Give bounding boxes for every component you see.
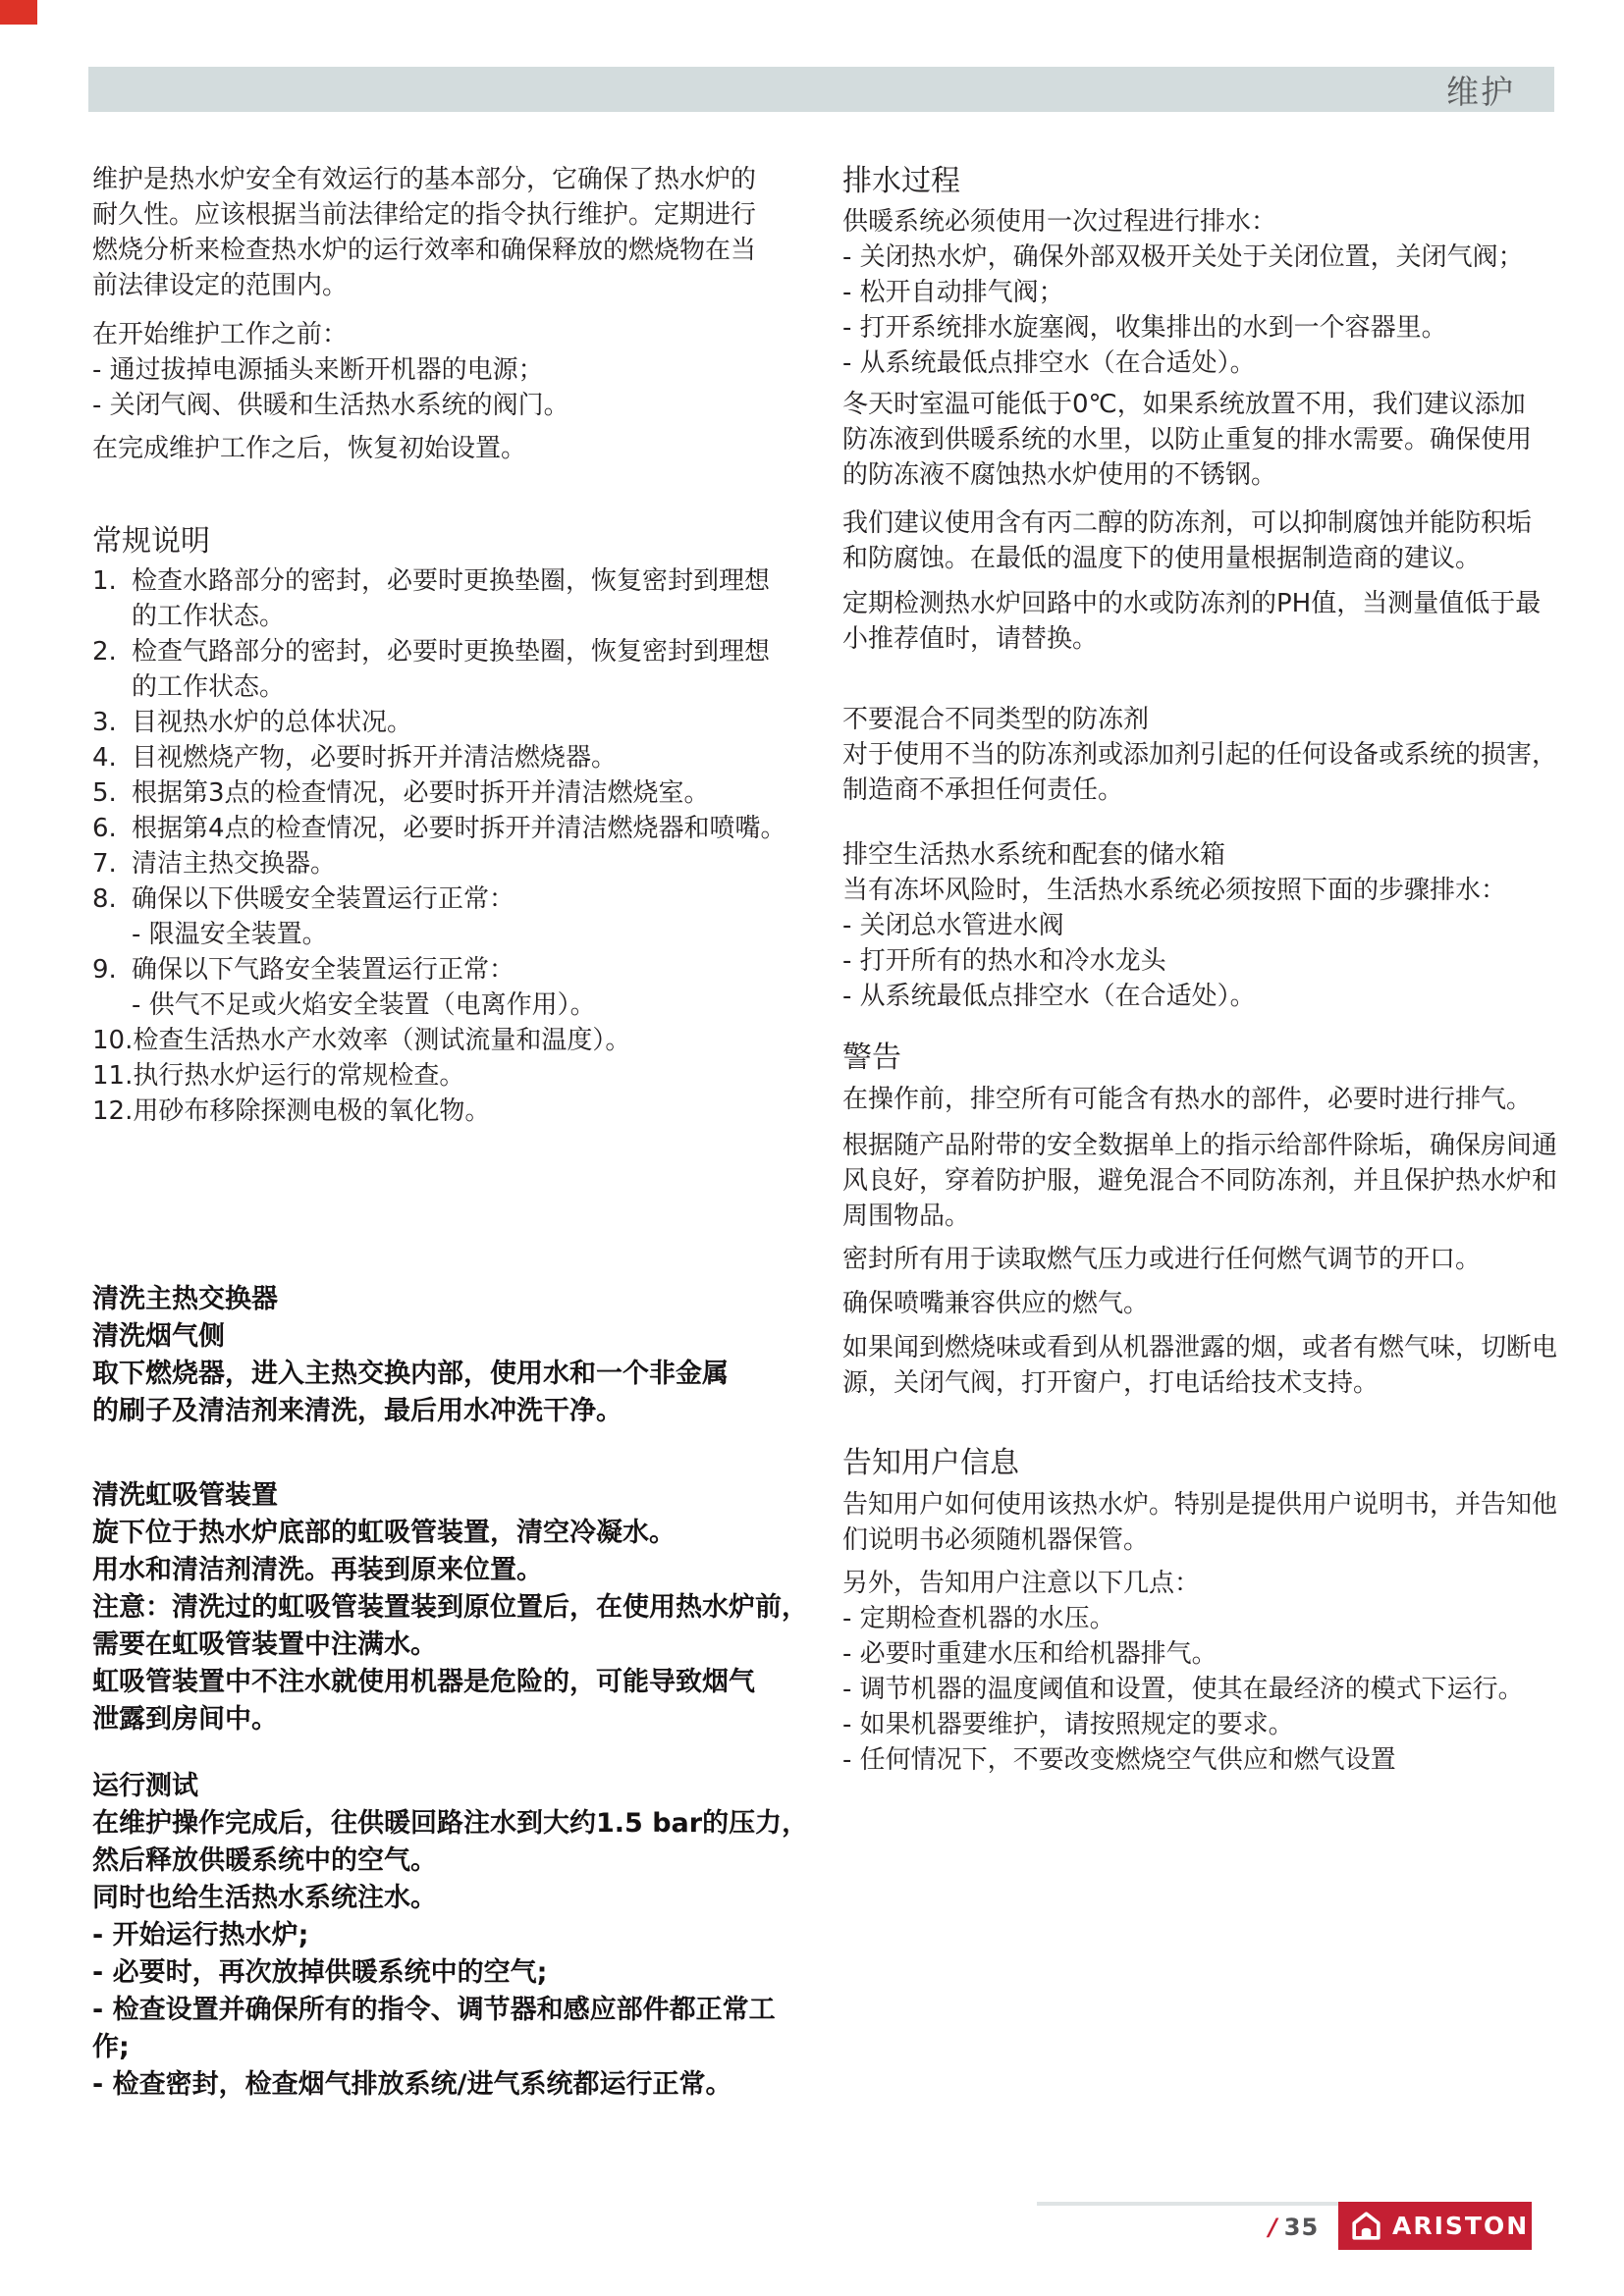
paragraph: 另外，告知用户注意以下几点： - 定期检查机器的水压。 - 必要时重建水压和给机… (842, 1566, 1608, 1778)
paragraph: 运行测试 在维护操作完成后，往供暖回路注水到大约1.5 bar的压力， 然后释放… (92, 1768, 858, 2104)
paragraph: 维护是热水炉安全有效运行的基本部分，它确保了热水炉的 耐久性。应该根据当前法律给… (92, 162, 858, 303)
list-item: 9.确保以下气路安全装置运行正常： - 供气不足或火焰安全装置（电离作用）。 (92, 952, 858, 1023)
list-item: 4.目视燃烧产物，必要时拆开并清洁燃烧器。 (92, 740, 858, 775)
list-item: 3.目视热水炉的总体状况。 (92, 705, 858, 740)
paragraph: 定期检测热水炉回路中的水或防冻剂的PH值，当测量值低于最 小推荐值时，请替换。 (842, 586, 1608, 657)
page-number: / 35 (1269, 2214, 1319, 2241)
header-bar: 维护 (88, 67, 1554, 112)
corner-mark (0, 0, 37, 25)
list-item-text: 目视热水炉的总体状况。 (132, 705, 858, 740)
paragraph: 我们建议使用含有丙二醇的防冻剂，可以抑制腐蚀并能防积垢 和防腐蚀。在最低的温度下… (842, 506, 1608, 576)
paragraph: 清洗虹吸管装置 旋下位于热水炉底部的虹吸管装置，清空冷凝水。 用水和清洁剂清洗。… (92, 1477, 858, 1738)
list-item: 1.检查水路部分的密封，必要时更换垫圈，恢复密封到理想 的工作状态。 (92, 563, 858, 634)
list-item-number: 9. (92, 952, 132, 988)
left-column: 维护是热水炉安全有效运行的基本部分，它确保了热水炉的 耐久性。应该根据当前法律给… (92, 162, 858, 2104)
house-icon (1351, 2211, 1381, 2241)
list-item-number: 11. (92, 1058, 133, 1094)
list-item-number: 7. (92, 846, 132, 881)
list-item: 11.执行热水炉运行的常规检查。 (92, 1058, 858, 1094)
paragraph: 告知用户如何使用该热水炉。特别是提供用户说明书，并告知他 们说明书必须随机器保管… (842, 1487, 1608, 1558)
list-item-text: 确保以下供暖安全装置运行正常： - 限温安全装置。 (132, 881, 858, 952)
list-item-text: 用砂布移除探测电极的氧化物。 (133, 1094, 858, 1129)
paragraph: 排空生活热水系统和配套的储水箱 当有冻坏风险时，生活热水系统必须按照下面的步骤排… (842, 837, 1608, 1014)
paragraph: 清洗主热交换器 清洗烟气侧 取下燃烧器，进入主热交换内部，使用水和一个非金属 的… (92, 1281, 858, 1430)
paragraph: 冬天时室温可能低于0℃，如果系统放置不用，我们建议添加 防冻液到供暖系统的水里，… (842, 387, 1608, 493)
section-heading: 排水过程 (842, 162, 1608, 201)
page-number-slash: / (1269, 2214, 1277, 2241)
list-item-text: 清洁主热交换器。 (132, 846, 858, 881)
ariston-logo: ARISTON (1338, 2202, 1532, 2250)
list-item-text: 目视燃烧产物，必要时拆开并清洁燃烧器。 (132, 740, 858, 775)
paragraph: 在开始维护工作之前： - 通过拔掉电源插头来断开机器的电源； - 关闭气阀、供暖… (92, 317, 858, 423)
list-item-number: 8. (92, 881, 132, 917)
list-item-text: 根据第3点的检查情况，必要时拆开并清洁燃烧室。 (132, 775, 858, 811)
list-item: 8.确保以下供暖安全装置运行正常： - 限温安全装置。 (92, 881, 858, 952)
numbered-list: 1.检查水路部分的密封，必要时更换垫圈，恢复密封到理想 的工作状态。2.检查气路… (92, 563, 858, 1129)
page-header-title: 维护 (1446, 67, 1554, 113)
document-page: 维护 维护是热水炉安全有效运行的基本部分，它确保了热水炉的 耐久性。应该根据当前… (0, 0, 1624, 2296)
paragraph: 在完成维护工作之后，恢复初始设置。 (92, 431, 858, 466)
list-item: 2.检查气路部分的密封，必要时更换垫圈，恢复密封到理想 的工作状态。 (92, 634, 858, 705)
paragraph: 密封所有用于读取燃气压力或进行任何燃气调节的开口。 (842, 1242, 1608, 1277)
paragraph: 供暖系统必须使用一次过程进行排水： - 关闭热水炉，确保外部双极开关处于关闭位置… (842, 204, 1608, 381)
list-item-number: 1. (92, 563, 132, 599)
list-item-number: 2. (92, 634, 132, 669)
list-item-text: 检查生活热水产水效率（测试流量和温度）。 (133, 1023, 858, 1058)
list-item-number: 10. (92, 1023, 133, 1058)
section-heading: 常规说明 (92, 522, 858, 561)
right-column: 排水过程供暖系统必须使用一次过程进行排水： - 关闭热水炉，确保外部双极开关处于… (842, 162, 1608, 1778)
list-item: 6.根据第4点的检查情况，必要时拆开并清洁燃烧器和喷嘴。 (92, 811, 858, 846)
section-heading: 告知用户信息 (842, 1444, 1608, 1483)
section-heading: 警告 (842, 1039, 1608, 1078)
list-item-text: 根据第4点的检查情况，必要时拆开并清洁燃烧器和喷嘴。 (132, 811, 858, 846)
list-item: 12.用砂布移除探测电极的氧化物。 (92, 1094, 858, 1129)
paragraph: 在操作前，排空所有可能含有热水的部件，必要时进行排气。 (842, 1082, 1608, 1117)
list-item: 10.检查生活热水产水效率（测试流量和温度）。 (92, 1023, 858, 1058)
list-item-text: 执行热水炉运行的常规检查。 (133, 1058, 858, 1094)
list-item-number: 5. (92, 775, 132, 811)
ariston-logo-text: ARISTON (1392, 2212, 1529, 2240)
list-item: 7.清洁主热交换器。 (92, 846, 858, 881)
list-item-number: 6. (92, 811, 132, 846)
footer-divider (1037, 2202, 1338, 2206)
list-item-number: 3. (92, 705, 132, 740)
paragraph: 如果闻到燃烧味或看到从机器泄露的烟，或者有燃气味，切断电 源，关闭气阀，打开窗户… (842, 1330, 1608, 1401)
list-item-number: 12. (92, 1094, 133, 1129)
list-item-text: 检查水路部分的密封，必要时更换垫圈，恢复密封到理想 的工作状态。 (132, 563, 858, 634)
paragraph: 确保喷嘴兼容供应的燃气。 (842, 1286, 1608, 1321)
paragraph: 不要混合不同类型的防冻剂 对于使用不当的防冻剂或添加剂引起的任何设备或系统的损害… (842, 702, 1608, 808)
list-item-text: 检查气路部分的密封，必要时更换垫圈，恢复密封到理想 的工作状态。 (132, 634, 858, 705)
page-number-value: 35 (1284, 2214, 1319, 2241)
list-item: 5.根据第3点的检查情况，必要时拆开并清洁燃烧室。 (92, 775, 858, 811)
list-item-number: 4. (92, 740, 132, 775)
paragraph: 根据随产品附带的安全数据单上的指示给部件除垢，确保房间通 风良好，穿着防护服，避… (842, 1128, 1608, 1234)
list-item-text: 确保以下气路安全装置运行正常： - 供气不足或火焰安全装置（电离作用）。 (132, 952, 858, 1023)
